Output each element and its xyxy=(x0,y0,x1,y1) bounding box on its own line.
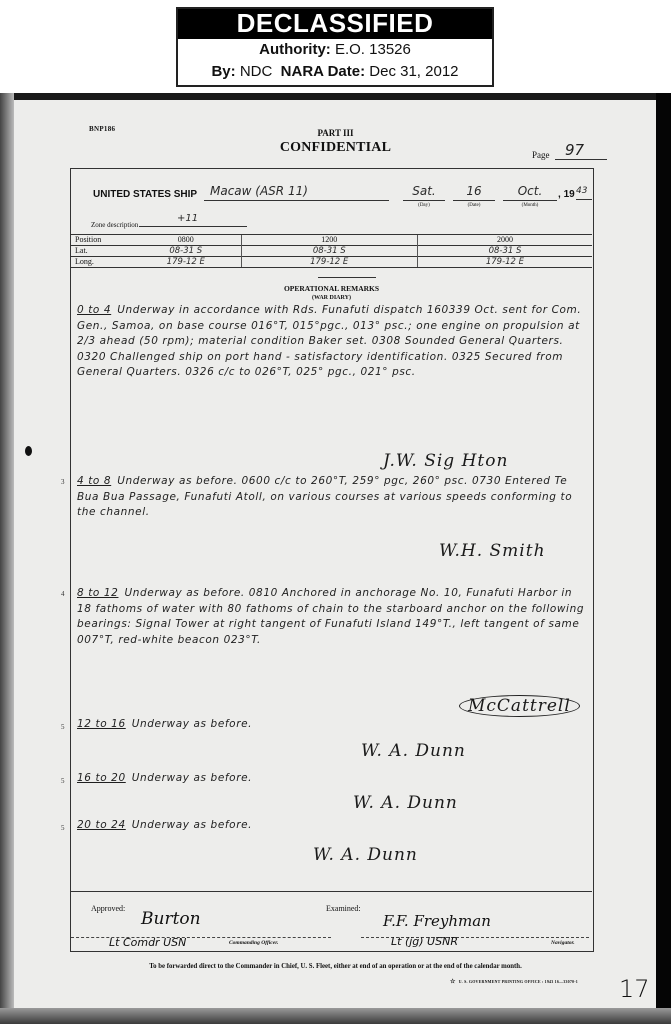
entry-text: Underway as before. 0600 c/c to 260°T, 2… xyxy=(77,475,572,518)
nara-date-value: Dec 31, 2012 xyxy=(369,63,458,80)
entry-text: Underway as before. xyxy=(132,718,252,730)
watch-label: 12 to 16 xyxy=(77,718,126,730)
time-header-1200: 1200 xyxy=(241,235,417,246)
lat-2000: 08-31 S xyxy=(417,246,592,257)
margin-mark: 5 xyxy=(61,723,65,731)
signature: W.H. Smith xyxy=(439,541,546,561)
ship-date: 16 xyxy=(453,184,495,201)
printer-imprint: ☆U. S. GOVERNMENT PRINTING OFFICE : 1943… xyxy=(450,978,578,985)
zone-label: Zone description xyxy=(91,221,138,229)
date-caption: (Date) xyxy=(453,203,495,208)
diary-entry-4-8: 4 to 8Underway as before. 0600 c/c to 26… xyxy=(77,474,587,521)
remarks-subtitle: (WAR DIARY) xyxy=(71,295,592,301)
month-caption: (Month) xyxy=(509,203,551,208)
table-row: Long. 179-12 E 179-12 E 179-12 E xyxy=(71,257,592,268)
war-diary-form: UNITED STATES SHIP Macaw (ASR 11) Sat. 1… xyxy=(70,168,594,952)
long-1200: 179-12 E xyxy=(241,257,417,268)
declassified-stamp: DECLASSIFIED Authority: E.O. 13526 By: N… xyxy=(176,7,494,87)
watch-label: 20 to 24 xyxy=(77,819,126,831)
time-header-2000: 2000 xyxy=(417,235,592,246)
navigator-signature: F.F. Freyhman xyxy=(383,912,491,930)
signature: W. A. Dunn xyxy=(361,741,466,761)
examined-label: Examined: xyxy=(326,904,361,913)
page-label: Page xyxy=(532,150,550,160)
nara-date-label: NARA Date: xyxy=(281,63,365,80)
watch-label: 8 to 12 xyxy=(77,587,118,599)
scan-right-edge xyxy=(656,93,671,1024)
watch-label: 0 to 4 xyxy=(77,304,111,316)
ship-month: Oct. xyxy=(503,184,557,201)
entry-text: Underway as before. xyxy=(132,819,252,831)
position-header-row: Position 0800 1200 2000 xyxy=(71,235,592,246)
margin-mark: 4 xyxy=(61,590,65,598)
part-heading: PART III xyxy=(0,128,671,138)
day-caption: (Day) xyxy=(403,203,445,208)
watch-label: 16 to 20 xyxy=(77,772,126,784)
scan-bottom-edge xyxy=(0,1008,671,1024)
authority-value: E.O. 13526 xyxy=(335,41,411,58)
star-icon: ☆ xyxy=(450,979,456,985)
watch-label: 4 to 8 xyxy=(77,475,111,487)
ship-day: Sat. xyxy=(403,184,445,201)
diary-entry-12-16: 12 to 16Underway as before. xyxy=(77,717,587,733)
position-header: Position xyxy=(71,235,131,246)
signature: McCattrell xyxy=(459,695,580,717)
remarks-title: OPERATIONAL REMARKS xyxy=(71,284,592,293)
page-number: 97 xyxy=(555,141,607,160)
commanding-officer-rank: Lt Comdr USN xyxy=(109,936,186,949)
margin-mark: 3 xyxy=(61,478,65,486)
navigator-label: Navigator. xyxy=(551,940,575,946)
diary-entry-20-24: 20 to 24Underway as before. xyxy=(77,818,587,834)
year-prefix: , 19 xyxy=(558,189,575,200)
diary-entry-16-20: 16 to 20Underway as before. xyxy=(77,771,587,787)
ship-name: Macaw (ASR 11) xyxy=(204,184,389,201)
zone-value: +11 xyxy=(139,213,247,227)
stamp-authority: Authority: E.O. 13526 xyxy=(178,39,492,61)
scan-left-shadow xyxy=(0,93,14,1024)
diary-entry-0-4: 0 to 4Underway in accordance with Rds. F… xyxy=(77,303,587,381)
signature: W. A. Dunn xyxy=(313,845,418,865)
year-prefix-text: 19 xyxy=(564,189,575,200)
authority-label: Authority: xyxy=(259,41,331,58)
ship-label: UNITED STATES SHIP xyxy=(93,189,197,200)
approved-label: Approved: xyxy=(91,904,125,913)
entry-text: Underway as before. xyxy=(132,772,252,784)
ship-year: 43 xyxy=(576,186,592,200)
stamp-by-date: By: NDC NARA Date: Dec 31, 2012 xyxy=(178,61,492,83)
lat-0800: 08-31 S xyxy=(131,246,241,257)
position-table: Position 0800 1200 2000 Lat. 08-31 S 08-… xyxy=(71,234,592,268)
commanding-officer-signature: Burton xyxy=(141,909,201,929)
printer-text: U. S. GOVERNMENT PRINTING OFFICE : 1943 … xyxy=(459,979,578,984)
entry-text: Underway in accordance with Rds. Funafut… xyxy=(77,304,581,378)
long-2000: 179-12 E xyxy=(417,257,592,268)
approval-section: Approved: Examined: Burton Lt Comdr USN … xyxy=(71,891,592,951)
entry-text: Underway as before. 0810 Anchored in anc… xyxy=(77,587,584,646)
signature: J.W. Sig Hton xyxy=(383,451,508,471)
navigator-rank: Lt (jg) USNR xyxy=(391,935,458,948)
signature: W. A. Dunn xyxy=(353,793,458,813)
sheet-number: 17 xyxy=(619,975,650,1003)
by-label: By: xyxy=(211,63,235,80)
margin-mark: 5 xyxy=(61,777,65,785)
margin-mark: 5 xyxy=(61,824,65,832)
lat-label: Lat. xyxy=(71,246,131,257)
by-value: NDC xyxy=(240,63,273,80)
punch-hole xyxy=(25,446,32,456)
long-0800: 179-12 E xyxy=(131,257,241,268)
commanding-officer-label: Commanding Officer. xyxy=(229,940,278,946)
lat-1200: 08-31 S xyxy=(241,246,417,257)
table-row: Lat. 08-31 S 08-31 S 08-31 S xyxy=(71,246,592,257)
long-label: Long. xyxy=(71,257,131,268)
divider xyxy=(318,277,376,278)
time-header-0800: 0800 xyxy=(131,235,241,246)
diary-entry-8-12: 8 to 12Underway as before. 0810 Anchored… xyxy=(77,586,587,648)
stamp-title: DECLASSIFIED xyxy=(178,9,492,39)
forwarding-note: To be forwarded direct to the Commander … xyxy=(0,963,671,970)
